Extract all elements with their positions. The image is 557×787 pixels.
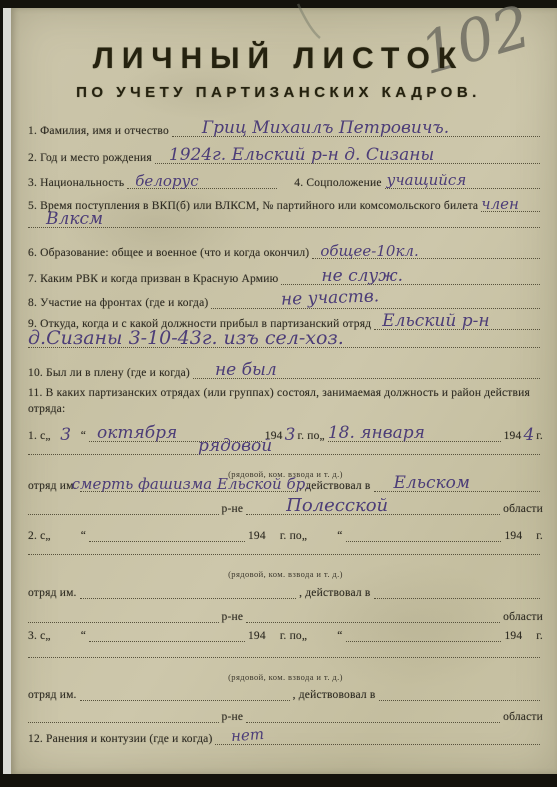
po-label: г. по	[280, 629, 302, 643]
dotted-line: член	[481, 206, 540, 212]
entry1-unit-value: смерть фашизма Ельской бр.	[72, 477, 310, 492]
dotted-line: нет	[215, 739, 540, 745]
dotted-line: 1924г. Ельский р-н д. Сизаны	[155, 158, 540, 164]
entry2-caption-row: (рядовой, ком. взвода и т. д.)	[28, 564, 543, 582]
field-units-heading: 11. В каких партизанских отрядах (или гр…	[28, 386, 543, 417]
entry1-unit: отряд им. смерть фашизма Ельской бр. , д…	[28, 479, 543, 493]
field-rvk-label: 7. Каким РВК и когда призван в Красную А…	[28, 272, 278, 286]
close-quote: “	[81, 529, 86, 543]
dotted-line	[346, 536, 502, 542]
field-wounds: 12. Ранения и контузии (где и когда) нет	[28, 732, 543, 746]
dotted-line: д.Сизаны 3-10-43г. изъ сел-хоз.	[28, 342, 540, 348]
entry2-caption: (рядовой, ком. взвода и т. д.)	[228, 569, 343, 579]
po-label: г. по	[297, 429, 319, 443]
dotted-line	[246, 717, 500, 723]
entry3-unit: отряд им. , действововал в	[28, 688, 543, 702]
entry1-acted-value: Ельском	[394, 475, 471, 492]
field-social-label: 4. Соцположение	[294, 176, 381, 190]
field-party: 5. Время поступления в ВКП(б) или ВЛКСМ,…	[28, 199, 543, 213]
acted-label: , действовал в	[299, 586, 370, 600]
entry1-from-day: 3	[53, 427, 79, 444]
dotted-line: Гриц Михаилъ Петровичъ.	[172, 131, 540, 137]
open-quote: „	[302, 529, 307, 543]
field-arrival-line2: д.Сизаны 3-10-43г. изъ сел-хоз.	[28, 342, 543, 349]
dotted-line: 18. января	[328, 436, 501, 442]
open-quote: „	[320, 429, 325, 443]
form-subtitle: ПО УЧЕТУ ПАРТИЗАНСКИХ КАДРОВ.	[0, 84, 557, 101]
year-printed: 194	[248, 629, 266, 643]
dotted-line: не был	[193, 373, 540, 379]
field-birth-label: 2. Год и место рождения	[28, 151, 152, 165]
entry1-year2-digit: 4	[523, 427, 534, 444]
entry-number: 1. с	[28, 429, 45, 443]
district-label: р-не	[222, 610, 244, 624]
open-quote: „	[45, 629, 50, 643]
district-label: р-не	[222, 502, 244, 516]
dotted-line: учащийся	[385, 183, 540, 189]
g-label: г.	[536, 529, 543, 543]
g-label: г.	[536, 629, 543, 643]
entry-number: 2. с	[28, 529, 45, 543]
dotted-line: Полесской	[246, 509, 500, 515]
field-name-value: Гриц Михаилъ Петровичъ.	[202, 120, 449, 137]
field-rvk: 7. Каким РВК и когда призван в Красную А…	[28, 272, 543, 286]
dotted-line: не участв.	[211, 303, 540, 309]
dotted-line: Ельском	[374, 486, 541, 492]
dotted-line	[379, 695, 541, 701]
dotted-line: Влксм	[28, 222, 540, 228]
dotted-line: не служ.	[281, 279, 540, 285]
field-nationality-value: белорус	[135, 174, 198, 189]
dotted-line	[80, 593, 296, 599]
close-quote: “	[81, 629, 86, 643]
field-education-value: общее-10кл.	[320, 244, 418, 259]
entry1-position-line: рядовой	[28, 449, 543, 456]
entry2-unit: отряд им. , действовал в	[28, 586, 543, 600]
close-quote: “	[81, 429, 86, 443]
dotted-line	[89, 536, 245, 542]
entry3-position-line	[28, 652, 543, 659]
entry3-district: р-не области	[28, 710, 543, 724]
year-printed: 194	[248, 529, 266, 543]
dotted-line	[89, 636, 245, 642]
po-label: г. по	[280, 529, 302, 543]
entry3-caption: (рядовой, ком. взвода и т. д.)	[228, 672, 343, 682]
field-social-value: учащийся	[387, 173, 467, 188]
field-party-value1: член	[481, 197, 519, 212]
field-birth: 2. Год и место рождения 1924г. Ельский р…	[28, 151, 543, 165]
scan-edge-strip	[3, 8, 11, 774]
year-printed: 194	[504, 429, 522, 443]
oblast-label: области	[503, 610, 543, 624]
dotted-line: Ельский р-н	[374, 324, 540, 330]
field-wounds-label: 12. Ранения и контузии (где и когда)	[28, 732, 212, 746]
dotted-line	[28, 549, 540, 555]
dotted-line	[346, 636, 502, 642]
dotted-line	[28, 717, 219, 723]
entry1-year1-digit: 3	[285, 427, 296, 444]
entry1-dates: 1. с „ 3 “ октября 194 3 г. по „ 18. янв…	[28, 427, 543, 443]
entry3-caption-row: (рядовой, ком. взвода и т. д.)	[28, 667, 543, 685]
dotted-line	[80, 695, 290, 701]
dotted-line: белорус	[127, 183, 277, 189]
field-fronts-value: не участв.	[281, 288, 380, 308]
field-education: 6. Образование: общее и военное (что и к…	[28, 246, 543, 260]
district-label: р-не	[222, 710, 244, 724]
field-birth-value: 1924г. Ельский р-н д. Сизаны	[169, 147, 434, 164]
field-name-label: 1. Фамилия, имя и отчество	[28, 124, 169, 138]
dotted-line	[28, 617, 219, 623]
field-rvk-value: не служ.	[321, 268, 403, 285]
oblast-label: области	[503, 502, 543, 516]
dotted-line	[374, 593, 541, 599]
field-name: 1. Фамилия, имя и отчество Гриц Михаилъ …	[28, 124, 543, 138]
open-quote: „	[45, 529, 50, 543]
entry1-district: р-не Полесской области	[28, 502, 543, 516]
field-fronts: 8. Участие на фронтах (где и когда) не у…	[28, 296, 543, 310]
dotted-line	[246, 617, 500, 623]
field-party-value2: Влксм	[46, 211, 103, 228]
entry1-from-month: октября	[97, 425, 177, 442]
dotted-line: рядовой	[28, 449, 540, 455]
field-captivity-label: 10. Был ли в плену (где и когда)	[28, 366, 190, 380]
open-quote: „	[302, 629, 307, 643]
dotted-line: смерть фашизма Ельской бр.	[80, 486, 296, 492]
open-quote: „	[45, 429, 50, 443]
field-captivity: 10. Был ли в плену (где и когда) не был	[28, 366, 543, 380]
form-title: ЛИЧНЫЙ ЛИСТОК	[0, 42, 557, 76]
field-arrival-value1: Ельский р-н	[382, 313, 489, 330]
oblast-label: области	[503, 710, 543, 724]
dotted-line: общее-10кл.	[312, 253, 540, 259]
dotted-line	[28, 509, 219, 515]
year-printed: 194	[504, 529, 522, 543]
close-quote: “	[337, 629, 342, 643]
entry2-district: р-не области	[28, 610, 543, 624]
close-quote: “	[337, 529, 342, 543]
field-captivity-value: не был	[215, 362, 277, 379]
unit-label: отряд им.	[28, 586, 77, 600]
g-label: г.	[536, 429, 543, 443]
entry1-to-date: 18. января	[328, 425, 425, 442]
field-units-label: 11. В каких партизанских отрядах (или гр…	[28, 386, 543, 417]
entry-number: 3. с	[28, 629, 45, 643]
entry1-district-value: Полесской	[286, 497, 388, 515]
unit-label: отряд им.	[28, 479, 77, 493]
field-wounds-value: нет	[231, 727, 265, 744]
unit-label: отряд им.	[28, 688, 77, 702]
entry3-dates: 3. с „ “ 194 г. по „ “ 194 г.	[28, 629, 543, 643]
field-fronts-label: 8. Участие на фронтах (где и когда)	[28, 296, 208, 310]
entry2-position-line	[28, 549, 543, 556]
scanned-document: 102 ЛИЧНЫЙ ЛИСТОК ПО УЧЕТУ ПАРТИЗАНСКИХ …	[0, 0, 557, 787]
year-printed: 194	[504, 629, 522, 643]
acted-label: , действововал в	[293, 688, 376, 702]
field-nationality-social: 3. Национальность белорус 4. Соцположени…	[28, 176, 543, 190]
field-arrival-value2: д.Сизаны 3-10-43г. изъ сел-хоз.	[28, 329, 344, 348]
field-education-label: 6. Образование: общее и военное (что и к…	[28, 246, 309, 260]
field-party-line2: Влксм	[28, 222, 543, 229]
dotted-line	[28, 652, 540, 658]
entry2-dates: 2. с „ “ 194 г. по „ “ 194 г.	[28, 529, 543, 543]
entry1-position-value: рядовой	[198, 438, 272, 455]
field-nationality-label: 3. Национальность	[28, 176, 124, 190]
